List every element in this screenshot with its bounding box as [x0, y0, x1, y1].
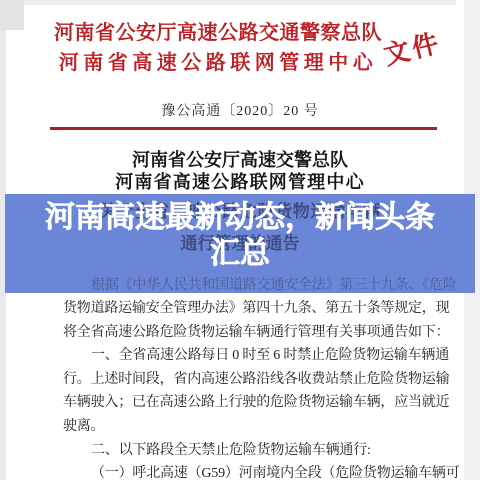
letterhead: 河南省公安厅高速公路交通警察总队 河南省高速公路联网管理中心 — [8, 18, 428, 78]
body-line: 二、以下路段全天禁止危险货物运输车辆通行: — [0, 439, 480, 463]
body-line: 一、全省高速公路每日 0 时至 6 时禁止危险货物运输车辆通 — [0, 344, 480, 368]
document-title: 河南省公安厅高速交警总队 河南省高速公路联网管理中心 — [2, 149, 478, 193]
news-headline-line-1: 河南高速最新动态，新闻头条 — [5, 200, 475, 236]
body-line: 车辆驶入；已在高速公路上行驶的危险货物运输车辆，应当就近 — [0, 391, 480, 415]
news-headline: 河南高速最新动态，新闻头条 汇总 — [5, 200, 475, 272]
document-title-line-2: 河南省高速公路联网管理中心 — [2, 171, 478, 193]
body-line: 驶离。 — [0, 415, 480, 439]
document-number: 豫公高通〔2020〕20 号 — [0, 103, 480, 120]
letterhead-agency-1: 河南省公安厅高速公路交通警察总队 — [8, 18, 428, 48]
body-line: 货物道路运输安全管理办法》第四十九条、第五十条等规定，现 — [0, 297, 480, 321]
document-body: 货物道路运输安全管理办法》第四十九条、第五十条等规定，现 将全省高速公路危险货物… — [0, 297, 480, 480]
news-headline-line-2: 汇总 — [5, 236, 475, 272]
headline-overlay-band: 关于全省高速公路危险货物运输车辆 通行管理的通告 根据《中华人民共和国道路交通安… — [5, 194, 475, 293]
document-title-line-1: 河南省公安厅高速交警总队 — [2, 149, 478, 171]
body-line: （一）呼北高速（G59）河南境内全段（危险货物运输车辆可 — [0, 462, 480, 480]
document-intro-line: 根据《中华人民共和国道路交通安全法》第三十九条、《危险 — [91, 274, 457, 293]
document-thumbnail: 河南省公安厅高速公路交通警察总队 河南省高速公路联网管理中心 文件 豫公高通〔2… — [0, 0, 480, 480]
red-divider-line — [50, 127, 437, 130]
page-edge-top — [0, 0, 456, 5]
body-line: 将全省高速公路危险货物运输车辆通行管理有关事项通告如下： — [0, 321, 480, 345]
body-line: 行。上述时间段，省内高速公路沿线各收费站禁止危险货物运输 — [0, 368, 480, 392]
letterhead-agency-2: 河南省高速公路联网管理中心 — [8, 48, 428, 78]
